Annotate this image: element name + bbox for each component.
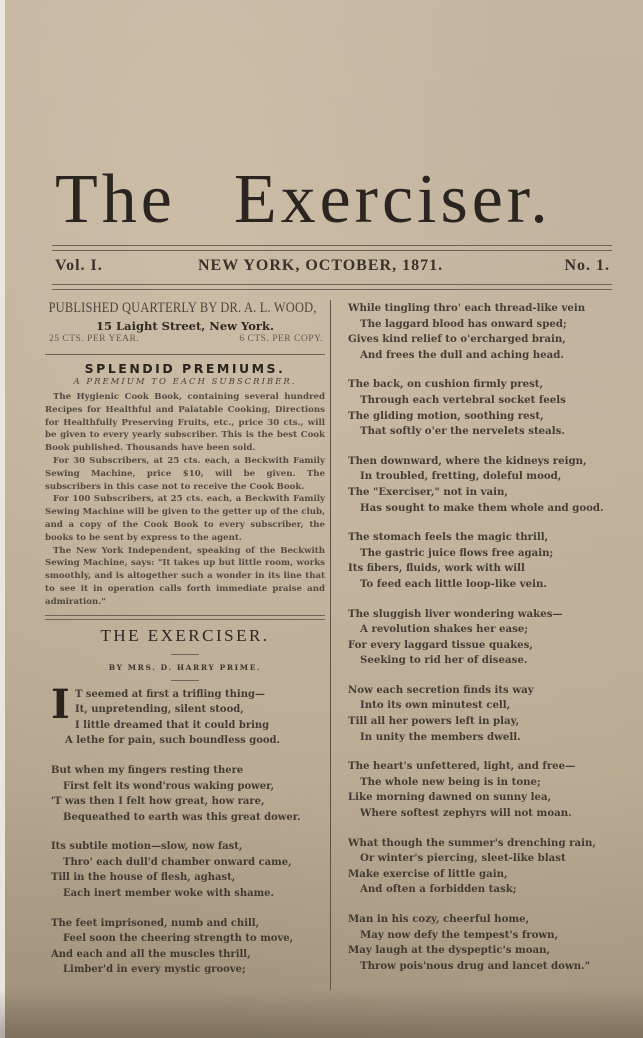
- poem-line: And frees the dull and aching head.: [348, 348, 618, 364]
- poem-line: May now defy the tempest's frown,: [348, 928, 618, 944]
- dateline-bar: Vol. I. NEW YORK, OCTOBER, 1871. No. 1.: [55, 257, 610, 279]
- poem-line: Make exercise of little gain,: [348, 867, 618, 883]
- poem-line: Through each vertebral socket feels: [348, 393, 618, 409]
- price-per-copy: 6 CTS. PER COPY.: [239, 334, 323, 344]
- masthead-title: TheExerciser.: [55, 160, 615, 240]
- poem-line: Where softest zephyrs will not moan.: [348, 806, 618, 822]
- poem-byline: BY MRS. D. HARRY PRIME.: [45, 663, 325, 672]
- poem-section-rule: [45, 615, 325, 620]
- poem-line: A lethe for pain, such boundless good.: [51, 733, 325, 749]
- poem-line: Bequeathed to earth was this great dower…: [51, 810, 325, 826]
- issue-number: No. 1.: [564, 257, 610, 275]
- price-per-year: 25 CTS. PER YEAR.: [49, 334, 139, 344]
- poem-line: Limber'd in every mystic groove;: [51, 962, 325, 978]
- poem-line: Like morning dawned on sunny lea,: [348, 790, 618, 806]
- poem-line: The gliding motion, soothing rest,: [348, 409, 618, 425]
- poem-line: The heart's unfettered, light, and free—: [348, 759, 618, 775]
- right-column: While tingling thro' each thread-like ve…: [348, 301, 618, 988]
- poem-line: In troubled, fretting, doleful mood,: [348, 469, 618, 485]
- column-divider: [330, 300, 331, 990]
- premium-paragraph: For 100 Subscribers, at 25 cts. each, a …: [45, 493, 325, 544]
- poem-line: The stomach feels the magic thrill,: [348, 530, 618, 546]
- poem-line: Has sought to make them whole and good.: [348, 501, 618, 517]
- poem-line: And often a forbidden task;: [348, 882, 618, 898]
- stanza: I T seemed at first a trifling thing— It…: [51, 687, 325, 749]
- poem-line: First felt its wond'rous waking power,: [51, 779, 325, 795]
- volume-label: Vol. I.: [55, 257, 103, 275]
- poem-line: In unity the members dwell.: [348, 730, 618, 746]
- page-bottom-shadow: [0, 988, 643, 1038]
- poem-line: A revolution shakes her ease;: [348, 622, 618, 638]
- poem-line: The gastric juice flows free again;: [348, 546, 618, 562]
- poem-line: Seeking to rid her of disease.: [348, 653, 618, 669]
- poem-line: Throw pois'nous drug and lancet down.": [348, 959, 618, 975]
- poem-line: I little dreamed that it could bring: [51, 718, 325, 734]
- poem-line: Till all her powers left in play,: [348, 714, 618, 730]
- poem-line: The back, on cushion firmly prest,: [348, 377, 618, 393]
- poem-line: Into its own minutest cell,: [348, 698, 618, 714]
- newspaper-page: TheExerciser. Vol. I. NEW YORK, OCTOBER,…: [0, 0, 643, 1038]
- stanza: The heart's unfettered, light, and free—…: [348, 759, 618, 821]
- poem-line: The laggard blood has onward sped;: [348, 317, 618, 333]
- byline-ornament-rule: [171, 680, 199, 681]
- date-label: NEW YORK, OCTOBER, 1871.: [198, 257, 443, 275]
- poem-line: Each inert member woke with shame.: [51, 886, 325, 902]
- poem-line: Man in his cozy, cheerful home,: [348, 912, 618, 928]
- stanza: Now each secretion finds its way Into it…: [348, 683, 618, 745]
- poem-line: The feet imprisoned, numb and chill,: [51, 916, 325, 932]
- poem-line: For every laggard tissue quakes,: [348, 638, 618, 654]
- poem-title: THE EXERCISER.: [45, 626, 325, 646]
- premium-quote-paragraph: The New York Independent, speaking of th…: [45, 545, 325, 609]
- stanza: The feet imprisoned, numb and chill, Fee…: [51, 916, 325, 978]
- stanza: Man in his cozy, cheerful home, May now …: [348, 912, 618, 974]
- masthead-title-word-1: The: [55, 161, 176, 238]
- masthead-title-word-2: Exerciser.: [234, 161, 552, 238]
- poem-line: The whole new being is in tone;: [348, 775, 618, 791]
- premium-paragraph: The Hygienic Cook Book, containing sever…: [45, 391, 325, 455]
- left-column: PUBLISHED QUARTERLY BY DR. A. L. WOOD, 1…: [45, 300, 325, 992]
- premiums-heading: SPLENDID PREMIUMS.: [45, 361, 325, 376]
- title-ornament-rule: [171, 654, 199, 655]
- poem-line: Gives kind relief to o'ercharged brain,: [348, 332, 618, 348]
- stanza: Then downward, where the kidneys reign, …: [348, 454, 618, 516]
- stanza: The sluggish liver wondering wakes— A re…: [348, 607, 618, 669]
- poem-line: To feed each little loop-like vein.: [348, 577, 618, 593]
- poem-line: It, unpretending, silent stood,: [51, 702, 325, 718]
- poem-line: Feel soon the cheering strength to move,: [51, 931, 325, 947]
- poem-line: Till in the house of flesh, aghast,: [51, 870, 325, 886]
- poem-line: Its fibers, fluids, work with will: [348, 561, 618, 577]
- poem-line: May laugh at the dyspeptic's moan,: [348, 943, 618, 959]
- poem-line: Or winter's piercing, sleet-like blast: [348, 851, 618, 867]
- stanza: The back, on cushion firmly prest, Throu…: [348, 377, 618, 439]
- stanza: The stomach feels the magic thrill, The …: [348, 530, 618, 592]
- premium-paragraph: For 30 Subscribers, at 25 cts. each, a B…: [45, 455, 325, 493]
- stanza: While tingling thro' each thread-like ve…: [348, 301, 618, 363]
- poem-line: That softly o'er the nervelets steals.: [348, 424, 618, 440]
- masthead-top-rule: [52, 245, 612, 251]
- poem-line: Now each secretion finds its way: [348, 683, 618, 699]
- poem-line: 'T was then I felt how great, how rare,: [51, 794, 325, 810]
- poem-line: But when my fingers resting there: [51, 763, 325, 779]
- page-edge: [0, 0, 5, 1038]
- section-rule: [45, 354, 325, 355]
- publisher-line: PUBLISHED QUARTERLY BY DR. A. L. WOOD,: [45, 300, 320, 317]
- stanza: Its subtile motion—slow, now fast, Thro'…: [51, 839, 325, 901]
- stanza: But when my fingers resting there First …: [51, 763, 325, 825]
- poem-line: And each and all the muscles thrill,: [51, 947, 325, 963]
- premiums-subheading: A PREMIUM TO EACH SUBSCRIBER.: [45, 377, 325, 387]
- price-row: 25 CTS. PER YEAR. 6 CTS. PER COPY.: [45, 334, 325, 348]
- poem-line: Then downward, where the kidneys reign,: [348, 454, 618, 470]
- poem-line: T seemed at first a trifling thing—: [51, 687, 325, 703]
- stanza: What though the summer's drenching rain,…: [348, 836, 618, 898]
- masthead-bottom-rule: [52, 284, 612, 290]
- poem-line: The sluggish liver wondering wakes—: [348, 607, 618, 623]
- poem-line: What though the summer's drenching rain,: [348, 836, 618, 852]
- poem-line: Thro' each dull'd chamber onward came,: [51, 855, 325, 871]
- publisher-address: 15 Laight Street, New York.: [45, 319, 325, 333]
- poem-line: The "Exerciser," not in vain,: [348, 485, 618, 501]
- poem-line: While tingling thro' each thread-like ve…: [348, 301, 618, 317]
- poem-left-part: I T seemed at first a trifling thing— It…: [45, 687, 325, 979]
- poem-line: Its subtile motion—slow, now fast,: [51, 839, 325, 855]
